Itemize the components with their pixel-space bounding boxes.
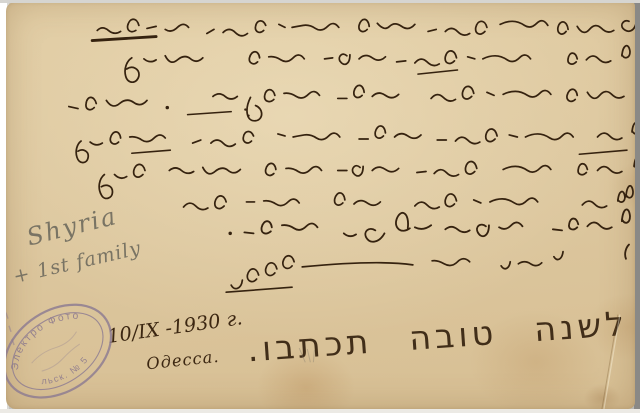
yiddish-cursive-line	[97, 19, 635, 36]
postcard: Shyria + 1st family לשנה טובה תכתבו. 10/…	[6, 2, 635, 409]
ink-dot	[247, 114, 249, 116]
ink-period-dot	[228, 232, 231, 235]
yiddish-cursive-line	[76, 123, 635, 163]
pencil-annotation: Shyria + 1st family	[11, 201, 143, 288]
emphasis-underline	[188, 112, 232, 115]
place-text: Одесса.	[145, 347, 220, 374]
emphasis-underline	[92, 37, 156, 41]
yiddish-cursive-line	[125, 46, 630, 83]
emphasis-underline	[132, 150, 627, 154]
ink-period-dot	[166, 106, 169, 109]
yiddish-handwriting	[69, 19, 635, 292]
yiddish-cursive-line	[231, 252, 563, 289]
scan-background: Shyria + 1st family לשנה טובה תכתבו. 10/…	[0, 0, 640, 413]
emphasis-underline	[418, 70, 458, 74]
ink-dot	[244, 108, 246, 110]
postcard-artwork: Shyria + 1st family לשנה טובה תכתבו. 10/…	[6, 2, 635, 409]
yiddish-cursive-line	[244, 209, 630, 258]
date-text: 10/IX -1930 г.	[106, 306, 244, 348]
hebrew-greeting: לשנה טובה תכתבו.	[246, 304, 630, 370]
yiddish-cursive-line	[99, 156, 635, 198]
yiddish-cursive-line	[184, 186, 634, 210]
photo-studio-stamp: Электро Фото льск. № 5	[6, 286, 128, 409]
yiddish-cursive-line	[69, 80, 635, 121]
